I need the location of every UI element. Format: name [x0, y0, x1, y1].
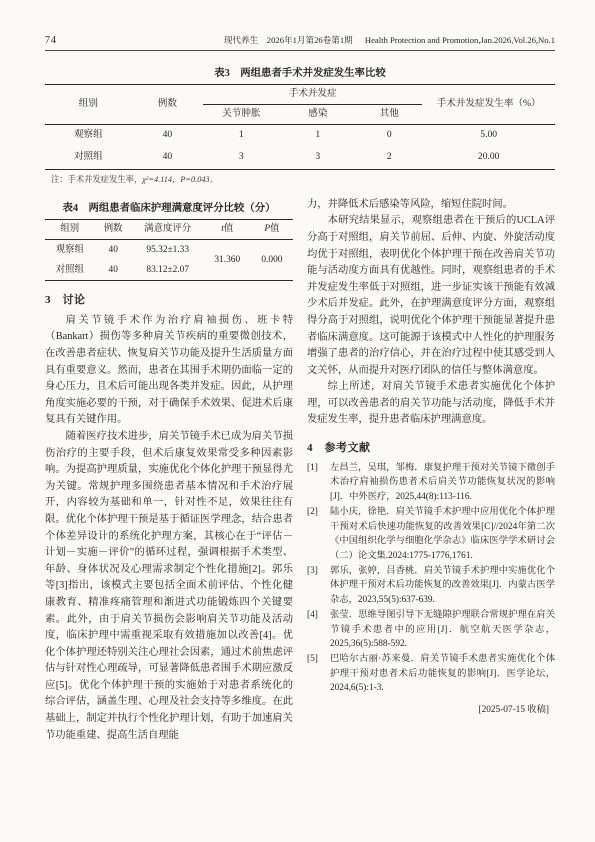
discussion-para1: 肩关节镜手术作为治疗肩袖损伤、班卡特（Bankart）损伤等多种肩关节疾病的重要…	[45, 313, 293, 429]
page-header: 74 现代养生 2026年1月第26卷第1期 Health Protection…	[45, 34, 555, 51]
table-row: 对照组 40 3 3 2 20.00	[45, 147, 555, 169]
journal-page: 74 现代养生 2026年1月第26卷第1期 Health Protection…	[0, 0, 595, 842]
discussion-para2-right: 力，并降低术后感染等风险，缩短住院时间。	[307, 197, 555, 214]
list-item: [3] 郭乐，张婷，吕香桃．肩关节镜手术护理中实施优化个体护理干预对术后功能恢复…	[307, 564, 555, 607]
table3-head: 组别 例数 手术并发症 手术并发症发生率（%） 关节肿胀 感染 其他	[45, 85, 555, 125]
t4-col-p: P值	[251, 219, 293, 240]
table3-title: 表3 两组患者手术并发症发生率比较	[45, 64, 555, 79]
references-heading: 4 参考文献	[307, 439, 555, 455]
discussion-para4: 综上所述，对肩关节镜手术患者实施优化个体护理，可以改善患者的肩关节功能与活动度，…	[307, 379, 555, 429]
t4-r1-group: 对照组	[45, 260, 95, 280]
two-column-layout: 表4 两组患者临床护理满意度评分比较（分） 组别 例数 满意度评分 t值 P值	[45, 193, 555, 745]
t4-col-t: t值	[204, 219, 251, 240]
t4-col-score: 满意度评分	[132, 219, 204, 240]
t3-col-infection: 感染	[280, 104, 357, 124]
reference-number: [4]	[307, 608, 330, 651]
t3-col-group: 组别	[45, 85, 132, 125]
table-row: 观察组 40 95.32±1.33 31.360 0.000	[45, 240, 293, 260]
table4-head: 组别 例数 满意度评分 t值 P值	[45, 219, 293, 240]
received-date: [2025-07-15 收稿]	[307, 701, 555, 715]
t3-r0-group: 观察组	[45, 124, 132, 146]
p-label: 值	[270, 224, 279, 234]
t3-r1-infection: 3	[280, 147, 357, 169]
t3-r0-other: 0	[356, 124, 422, 146]
reference-number: [2]	[307, 505, 330, 563]
t3-r0-swelling: 1	[203, 124, 280, 146]
t4-r1-cases: 40	[95, 260, 132, 280]
t4-col-group: 组别	[45, 219, 95, 240]
journal-title-cn: 现代养生 2026年1月第26卷第1期	[224, 35, 353, 45]
reference-text: 郭乐，张婷，吕香桃．肩关节镜手术护理中实施优化个体护理干预对术后功能恢复的改善效…	[330, 564, 555, 607]
t3-r1-swelling: 3	[203, 147, 280, 169]
t4-col-cases: 例数	[95, 219, 132, 240]
table4-title: 表4 两组患者临床护理满意度评分比较（分）	[45, 199, 293, 214]
t3-col-other: 其他	[356, 104, 422, 124]
t3-col-cases: 例数	[132, 85, 203, 125]
discussion-para2-left: 随着医疗技术进步，肩关节镜手术已成为肩关节损伤治疗的主要手段，但术后康复效果常受…	[45, 429, 293, 744]
t3-r0-infection: 1	[280, 124, 357, 146]
list-item: [5] 巴哈尔古丽·苏来曼．肩关节镜手术患者实施优化个体护理干预对患者术后功能恢…	[307, 652, 555, 695]
t3-col-complications: 手术并发症	[203, 85, 422, 105]
reference-text: 巴哈尔古丽·苏来曼．肩关节镜手术患者实施优化个体护理干预对患者术后功能恢复的影响…	[330, 652, 555, 695]
t4-r0-score: 95.32±1.33	[132, 240, 204, 260]
left-column: 表4 两组患者临床护理满意度评分比较（分） 组别 例数 满意度评分 t值 P值	[45, 193, 293, 745]
discussion-para3: 本研究结果显示，观察组患者在干预后的UCLA评分高于对照组，肩关节前屈、后伸、内…	[307, 213, 555, 379]
t3-r1-other: 2	[356, 147, 422, 169]
table-row: 观察组 40 1 1 0 5.00	[45, 124, 555, 146]
t4-r0-group: 观察组	[45, 240, 95, 260]
page-number: 74	[45, 35, 57, 46]
list-item: [2] 陆小庆，徐艳．肩关节镜手术护理中应用优化个体护理干预对术后快速功能恢复的…	[307, 505, 555, 563]
table3-footnote: 注：手术并发症发生率，χ²=4.114，P=0.043。	[51, 173, 555, 185]
t3-r1-cases: 40	[132, 147, 203, 169]
reference-text: 左昌兰，吴琪，邹梅．康复护理干预对关节镜下微创手术治疗肩袖损伤患者术后肩关节功能…	[330, 461, 555, 504]
table3-footnote-prefix: 注：手术并发症发生率，	[51, 175, 142, 184]
reference-number: [5]	[307, 652, 330, 695]
journal-title-en: Health Protection and Promotion,Jan.2026…	[365, 35, 555, 45]
reference-list: [1] 左昌兰，吴琪，邹梅．康复护理干预对关节镜下微创手术治疗肩袖损伤患者术后肩…	[307, 461, 555, 696]
page-content: 74 现代养生 2026年1月第26卷第1期 Health Protection…	[45, 34, 555, 744]
table4-satisfaction: 组别 例数 满意度评分 t值 P值 观察组 40 95.32±1.33 31.3	[45, 219, 293, 281]
t4-t-value: 31.360	[204, 240, 251, 280]
t-label: 值	[224, 224, 233, 234]
journal-info: 现代养生 2026年1月第26卷第1期 Health Protection an…	[214, 34, 555, 46]
t3-col-swelling: 关节肿胀	[203, 104, 280, 124]
right-column: 力，并降低术后感染等风险，缩短住院时间。 本研究结果显示，观察组患者在干预后的U…	[307, 193, 555, 745]
t3-col-rate: 手术并发症发生率（%）	[422, 85, 555, 125]
reference-number: [3]	[307, 564, 330, 607]
reference-text: 陆小庆，徐艳．肩关节镜手术护理中应用优化个体护理干预对术后快速功能恢复的改善效果…	[330, 505, 555, 563]
table3-footnote-stat: χ²=4.114，P=0.043。	[142, 175, 218, 184]
t4-r0-cases: 40	[95, 240, 132, 260]
t3-r0-rate: 5.00	[422, 124, 555, 146]
t3-r0-cases: 40	[132, 124, 203, 146]
reference-text: 张莹．思维导图引导下无缝隙护理联合常规护理在肩关节镜手术患者中的应用[J]．航空…	[330, 608, 555, 651]
t4-r1-score: 83.12±2.07	[132, 260, 204, 280]
list-item: [1] 左昌兰，吴琪，邹梅．康复护理干预对关节镜下微创手术治疗肩袖损伤患者术后肩…	[307, 461, 555, 504]
list-item: [4] 张莹．思维导图引导下无缝隙护理联合常规护理在肩关节镜手术患者中的应用[J…	[307, 608, 555, 651]
t3-r1-group: 对照组	[45, 147, 132, 169]
t3-r1-rate: 20.00	[422, 147, 555, 169]
t4-p-value: 0.000	[251, 240, 293, 280]
table3-complications: 组别 例数 手术并发症 手术并发症发生率（%） 关节肿胀 感染 其他 观察组 4…	[45, 84, 555, 170]
reference-number: [1]	[307, 461, 330, 504]
discussion-heading: 3 讨论	[45, 291, 293, 307]
